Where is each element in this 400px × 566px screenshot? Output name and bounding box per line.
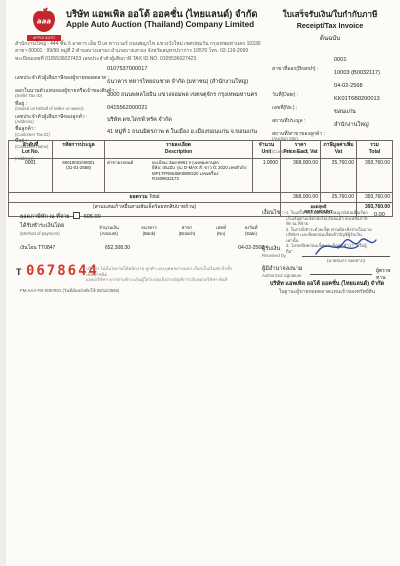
col-total: รวมTotal (357, 141, 393, 159)
auction-site-value: ขอนแก่น (334, 109, 356, 117)
company-name-en: Apple Auto Auction (Thailand) Company Li… (66, 20, 254, 29)
field-seller-address: ที่อยู่ : (Address) 3000 ถนนพหลโยธิน แขว… (15, 92, 270, 105)
col-amount: จำนวนเงิน(Amount) (90, 225, 128, 236)
seller-tax-id-value: 0107537000017 (107, 66, 147, 74)
withholding-checkbox (73, 212, 80, 219)
vat-cell: 25,760.00 (321, 158, 357, 192)
total-vat-cell: 25,760.00 (321, 192, 357, 202)
col-unit: จำนวนUnit (253, 141, 281, 159)
meta-label: สถานที่/สาขาของลูกค้า : (272, 131, 325, 137)
address-line: สาขา 00001 : 99/99 หมู่ที่ 2 ตำบลบางเสาธ… (15, 48, 267, 55)
serial-prefix: T (16, 267, 22, 277)
payment-method-label-en: (Method of payment) (20, 231, 60, 237)
document-title: ใบเสร็จรับเงิน/ใบกำกับภาษี Receipt/Tax I… (268, 8, 392, 43)
field-customer-tax-id: เลขประจำตัวผู้เสียภาษีของลูกค้า : (Custo… (15, 105, 270, 117)
col-price: ราคาPrice Excl. Vat (281, 141, 321, 159)
meta-no: เลขที่(No.) : KK01T6B0200013 (272, 96, 394, 109)
payment-amount-value: 652,308.30 (88, 245, 130, 252)
received-by-name: (นายธนกร ลอยลาภ) (302, 258, 390, 264)
received-by-label-en: Received by (262, 253, 286, 259)
footer-notes: บริษัทฯ ไม่มีนโยบายให้พนักงาน ลูกค้า และ… (86, 266, 236, 283)
head-office-address: สำนักงานใหญ่ : 444 ชั้น 6 อาคาร เอ็ม บี … (15, 41, 267, 63)
total-label-cell: ยอดรวม Total (9, 192, 281, 202)
field-issued-on-behalf: ออกในนามตัวแทนของผู้ขายหรือเจ้าของสินค้า… (15, 79, 270, 92)
address-line: ทะเบียนเลขที่ 0105536027423 เลขประจำตัวผ… (15, 56, 267, 63)
unit-cell: 1.0000 (253, 158, 281, 192)
lot-cell: 0001 (9, 158, 53, 192)
title-en: Receipt/Tax Invoice (268, 21, 392, 30)
col-vat: ภาษีมูลค่าเพิ่มVat (321, 141, 357, 159)
signatory-company: บริษัท แอพเพิล ออโต้ ออคชั่น (ไทยแลนด์) … (262, 281, 392, 289)
col-branch: สาขา(Branch) (170, 225, 204, 236)
signature-block: ผู้รับเงิน Received by (นายธนกร ลอยลาภ) … (262, 246, 392, 296)
col-lot: ลำดับที่Lot No. (9, 141, 53, 159)
invoice-table: ลำดับที่Lot No. รหัสการประมูล รายละเอียด… (8, 140, 393, 217)
invoice-meta: สาขาที่ออก(Branch) : 0001 10003 (B003211… (272, 57, 394, 135)
receipt-tax-invoice-scan: aaa APPLE AUTO AUCTION บริษัท แอพเพิล ออ… (0, 0, 400, 566)
condition-item: 1. ใบเสร็จรับเงินฉบับนี้จะสมบูรณ์ต่อเมื่… (286, 210, 372, 227)
col-no: เลขที่(No) (208, 225, 234, 236)
payment-method-value: เงินโอน TT0847 (20, 245, 55, 252)
total-price-cell: 368,000.00 (281, 192, 321, 202)
footer-note-line: แทนบริษัทฯ หากท่านชำระเงินผู้ใดโปรดแจ้งฝ… (86, 277, 236, 283)
scan-edge (0, 0, 6, 566)
col-description: รายละเอียดDescription (105, 141, 253, 159)
withholding-tax-value: 605.00 (84, 214, 101, 220)
authorized-label-en: Authorized signature (262, 273, 301, 279)
date-value: 04-02-2568 (334, 83, 363, 91)
copy-label: ต้นฉบับ (268, 33, 392, 43)
branch-book-value: 10003 (B0032117) (334, 70, 380, 78)
branch-value: 0001 (334, 57, 346, 65)
total-total-cell: 393,760.00 (357, 192, 393, 202)
customer-tax-id-value: 0415562000021 (107, 105, 147, 113)
item-type: ค่าขายรถยนต์ (107, 160, 149, 182)
table-header-row: ลำดับที่Lot No. รหัสการประมูล รายละเอียด… (9, 141, 393, 159)
total-row: ยอดรวม Total 368,000.00 25,760.00 393,76… (9, 192, 393, 202)
withholding-remaining-value: 0.00 (374, 212, 385, 220)
party-fields: เลขประจำตัวผู้เสียภาษีของผู้ขายทอดตลาด :… (15, 66, 270, 141)
payment-method-block: ได้รับชำระเงินโดย (Method of payment) จำ… (20, 223, 260, 255)
conditions-heading: เงื่อนไข :- (262, 210, 285, 218)
footer-note-line: บริษัทฯ ไม่มีนโยบายให้พนักงาน ลูกค้า และ… (86, 266, 236, 277)
invoice-no-value: KK01T6B0200013 (334, 96, 380, 104)
form-code: FM-AAA-FN-005-R01 (วันที่มีผลบังคับใช้ 0… (20, 288, 119, 294)
title-th: ใบเสร็จรับเงิน/ใบกำกับภาษี (268, 8, 392, 21)
col-auction-code: รหัสการประมูล (53, 141, 105, 159)
price-cell: 368,000.00 (281, 158, 321, 192)
withholding-tax-line: ยอดภาษีหัก ณ ที่จ่าย 605.00 (20, 212, 101, 222)
withholding-tax-label: ยอดภาษีหัก ณ ที่จ่าย (20, 214, 70, 220)
table-row: 0001 66019002/49001(31-01-2568) ค่าขายรถ… (9, 158, 393, 192)
apple-auto-auction-logo-icon: aaa (30, 6, 58, 34)
item-details: ทะเบียน: 3ผย-6961 กรุงเทพมหานคร ยี่ห้อ: … (152, 160, 247, 182)
reviewer-label: ผู้ตรวจทาน (376, 268, 392, 283)
description-cell: ค่าขายรถยนต์ ทะเบียน: 3ผย-6961 กรุงเทพมห… (105, 158, 253, 192)
meta-branch-book: 10003 (B0032117) (272, 70, 394, 83)
authorized-line (310, 274, 372, 275)
field-customer-name: ชื่อลูกค้า : (Customer name) บริษัท ดช.ไ… (15, 117, 270, 129)
meta-date: วันที่(Date) : 04-02-2568 (272, 83, 394, 96)
col-bank: ธนาคาร(Bank) (132, 225, 166, 236)
customer-branch-value: สำนักงานใหญ่ (334, 122, 369, 130)
meta-auction-site: สถานที่ประมูล : (Auction Site) ขอนแก่น (272, 109, 394, 122)
signatory-role: ในฐานะผู้ขายทอดตลาดแทนเจ้าของทรัพย์สิน (262, 289, 392, 296)
total-cell: 393,760.00 (357, 158, 393, 192)
meta-branch: สาขาที่ออก(Branch) : 0001 (272, 57, 394, 70)
auction-code-cell: 66019002/49001(31-01-2568) (53, 158, 105, 192)
invoice-table-wrap: ลำดับที่Lot No. รหัสการประมูล รายละเอียด… (8, 140, 393, 217)
meta-customer-branch: สถานที่/สาขาของลูกค้า : (Customer Branch… (272, 122, 394, 135)
field-seller-tax-id: เลขประจำตัวผู้เสียภาษีของผู้ขายทอดตลาด :… (15, 66, 270, 79)
payment-method-label-th: ได้รับชำระเงินโดย (20, 223, 64, 231)
svg-text:aaa: aaa (37, 18, 51, 26)
col-date: ลงวันที่(Date) (236, 225, 266, 236)
